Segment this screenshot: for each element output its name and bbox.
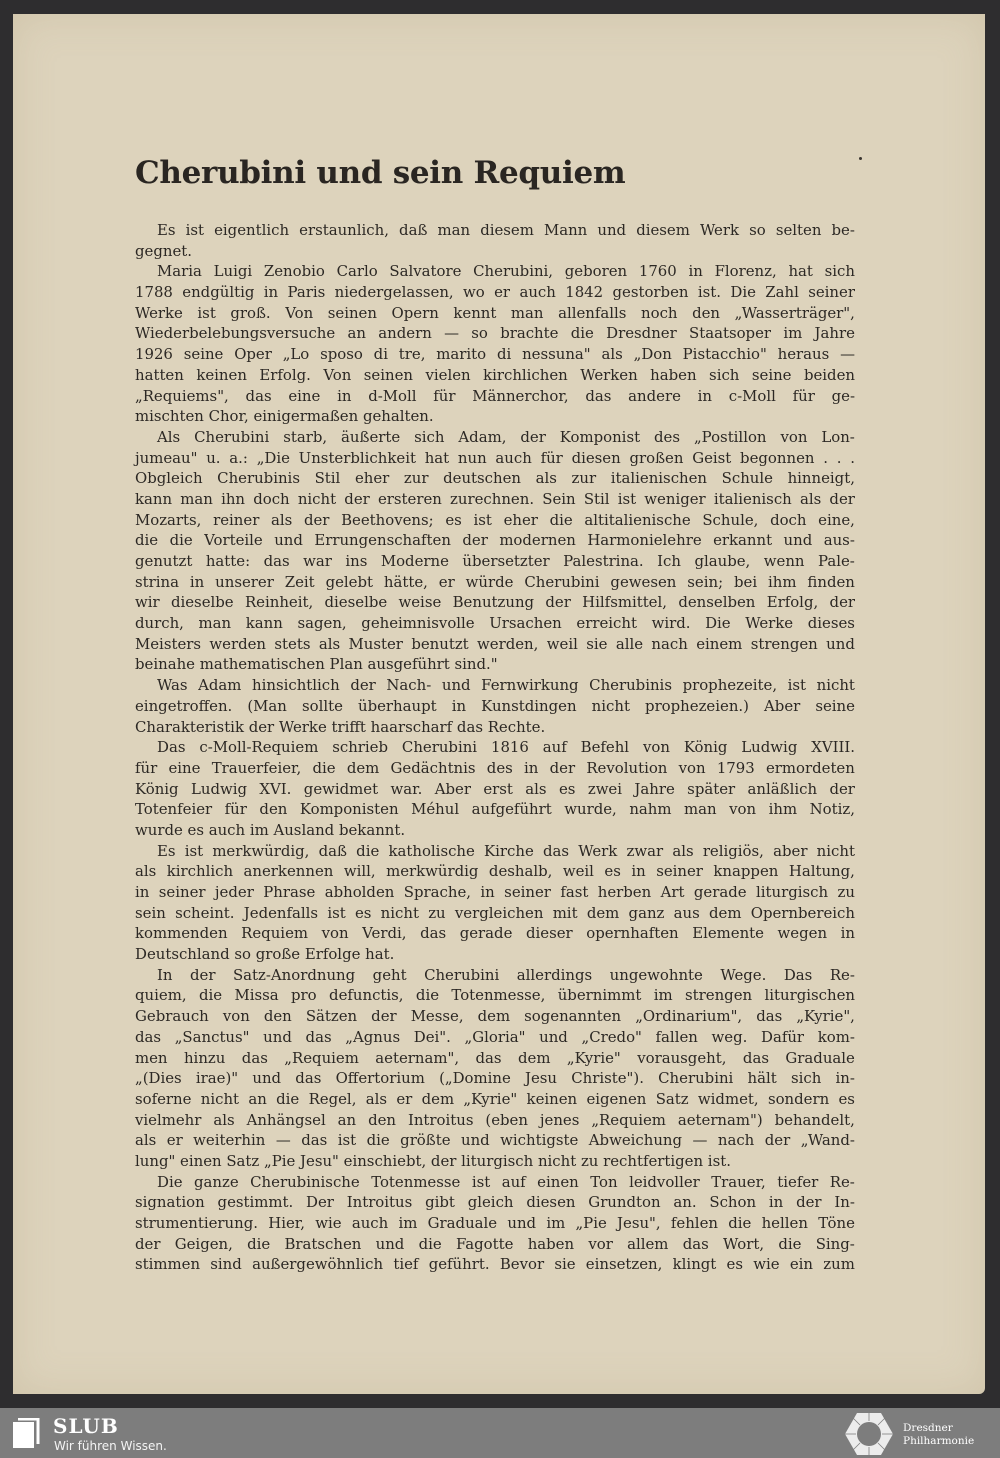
text-line: Esisteigentlicherstaunlich,daßmandiesemM… (135, 220, 855, 241)
text-line: Dasc-Moll-RequiemschriebCherubini1816auf… (135, 737, 855, 758)
text-line: inseinerjederPhraseabholdenSprache,insei… (135, 882, 855, 903)
text-line: Deutschland so große Erfolge hat. (135, 944, 855, 965)
text-line: füreineTrauerfeier,diedemGedächtnisdesin… (135, 758, 855, 779)
text-line: durch,mankannsagen,geheimnisvolleUrsache… (135, 613, 855, 634)
partner-name-line1: Dresdner (903, 1422, 974, 1435)
article-body: Esisteigentlicherstaunlich,daßmandiesemM… (135, 220, 855, 1275)
text-line: alskirchlichanerkennenwill,merkwürdigdes… (135, 861, 855, 882)
text-line: MariaLuigiZenobioCarloSalvatoreCherubini… (135, 261, 855, 282)
text-line: KönigLudwigXVI.gewidmetwar.Abererstalses… (135, 779, 855, 800)
text-line: TotenfeierfürdenKomponistenMéhulaufgefüh… (135, 799, 855, 820)
text-line: kannmanihndochnichtderersterenzurechnen.… (135, 489, 855, 510)
text-line: Mozarts,reineralsderBeethovens;esisteher… (135, 510, 855, 531)
text-line: vielmehralsAnhängselandenIntroitus(ebenj… (135, 1110, 855, 1131)
slub-tagline: Wir führen Wissen. (54, 1439, 167, 1453)
text-line: genutzthatte:daswarinsModerneübersetzter… (135, 551, 855, 572)
dresdner-philharmonie-logo-icon[interactable] (843, 1410, 895, 1458)
text-line: MeisterswerdenstetsalsMusterbenutztwerde… (135, 634, 855, 655)
text-line: 1788endgültiginParisniedergelassen,woera… (135, 282, 855, 303)
text-line: das„Sanctus"unddas„AgnusDei".„Gloria"und… (135, 1027, 855, 1048)
text-line: DieganzeCherubinischeTotenmesseistaufein… (135, 1172, 855, 1193)
text-line: eingetroffen.(MansollteüberhauptinKunstd… (135, 696, 855, 717)
text-line: kommendenRequiemvonVerdi,dasgeradedieser… (135, 923, 855, 944)
text-line: menhinzudas„Requiemaeternam",dasdem„Kyri… (135, 1048, 855, 1069)
slub-name[interactable]: SLUB (53, 1414, 119, 1438)
text-line: ObgleichCherubinisStileherzurdeutschenal… (135, 468, 855, 489)
text-line: Esistmerkwürdig,daßdiekatholischeKirched… (135, 841, 855, 862)
text-line: seinscheint.Jedenfallsistesnichtzuvergle… (135, 903, 855, 924)
text-line: sofernenichtandieRegel,alserdem„Kyrie"ke… (135, 1089, 855, 1110)
partner-name[interactable]: Dresdner Philharmonie (903, 1422, 974, 1448)
partner-name-line2: Philharmonie (903, 1435, 974, 1448)
text-line: gegnet. (135, 241, 855, 262)
text-line: diedieVorteileundErrungenschaftendermode… (135, 530, 855, 551)
text-line: lung" einen Satz „Pie Jesu" einschiebt, … (135, 1151, 855, 1172)
text-line: signationgestimmt.DerIntroitusgibtgleich… (135, 1192, 855, 1213)
text-line: InderSatz-AnordnunggehtCherubiniallerdin… (135, 965, 855, 986)
text-line: Charakteristik der Werke trifft haarscha… (135, 717, 855, 738)
text-line: AlsCherubinistarb,äußertesichAdam,derKom… (135, 427, 855, 448)
text-line: Wiederbelebungsversucheanandern—sobracht… (135, 323, 855, 344)
text-line: strumentierung.Hier,wieauchimGradualeund… (135, 1213, 855, 1234)
text-line: beinahe mathematischen Plan ausgeführt s… (135, 654, 855, 675)
text-line: alserweiterhin—dasistdiegrößteundwichtig… (135, 1130, 855, 1151)
page-title: Cherubini und sein Requiem (135, 155, 625, 191)
text-line: mischten Chor, einigermaßen gehalten. (135, 406, 855, 427)
text-line: GebrauchvondenSätzenderMesse,demsogenann… (135, 1006, 855, 1027)
slub-logo-icon[interactable] (13, 1418, 41, 1448)
text-line: wirdieselbeReinheit,dieselbeweiseBenutzu… (135, 592, 855, 613)
text-line: stimmensindaußergewöhnlichtiefgeführt.Be… (135, 1254, 855, 1275)
text-line: „(Diesirae)"unddasOffertorium(„DomineJes… (135, 1068, 855, 1089)
ink-speck (859, 157, 862, 160)
text-line: Werkeistgroß.VonseinenOpernkenntmanallen… (135, 303, 855, 324)
text-line: wurde es auch im Ausland bekannt. (135, 820, 855, 841)
text-line: hattenkeinenErfolg.Vonseinenvielenkirchl… (135, 365, 855, 386)
text-line: strinainunsererZeitgelebthätte,erwürdeCh… (135, 572, 855, 593)
text-line: quiem,dieMissaprodefunctis,dieTotenmesse… (135, 985, 855, 1006)
text-line: „Requiems",daseineind-MollfürMännerchor,… (135, 386, 855, 407)
text-line: WasAdamhinsichtlichderNach-undFernwirkun… (135, 675, 855, 696)
text-line: jumeau"u.a.:„DieUnsterblichkeithatnunauc… (135, 448, 855, 469)
footer-bar: SLUB Wir führen Wissen. Dresdner Philhar… (0, 1408, 1000, 1458)
text-line: derGeigen,dieBratschenunddieFagottehaben… (135, 1234, 855, 1255)
scanned-page: Cherubini und sein Requiem Esisteigentli… (13, 14, 985, 1394)
text-line: 1926seineOper„Losposoditre,maritodinessu… (135, 344, 855, 365)
